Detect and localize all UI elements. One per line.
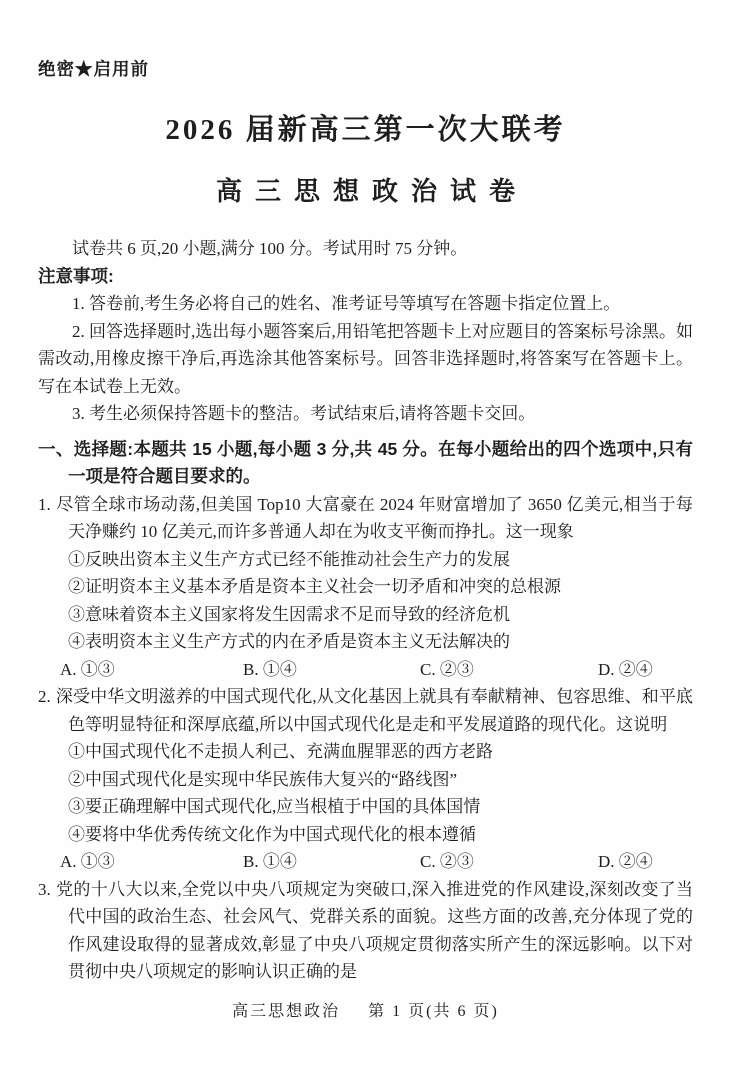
notice-item-3: 3. 考生必须保持答题卡的整洁。考试结束后,请将答题卡交回。 bbox=[38, 400, 693, 428]
question-1-statement-4: ④表明资本主义生产方式的内在矛盾是资本主义无法解决的 bbox=[38, 628, 693, 656]
classification-label: 绝密★启用前 bbox=[38, 0, 693, 81]
question-stem-text: 深受中华文明滋养的中国式现代化,从文化基因上就具有奉献精神、包容思维、和平底色等… bbox=[56, 687, 693, 734]
option-d: D. ②④ bbox=[598, 656, 653, 684]
question-2: 2.深受中华文明滋养的中国式现代化,从文化基因上就具有奉献精神、包容思维、和平底… bbox=[38, 683, 693, 876]
question-2-stem: 2.深受中华文明滋养的中国式现代化,从文化基因上就具有奉献精神、包容思维、和平底… bbox=[38, 683, 693, 738]
question-2-options: A. ①③ B. ①④ C. ②③ D. ②④ bbox=[38, 848, 693, 876]
question-number: 1. bbox=[38, 495, 51, 514]
option-c: C. ②③ bbox=[420, 848, 598, 876]
question-1-stem: 1.尽管全球市场动荡,但美国 Top10 大富豪在 2024 年财富增加了 36… bbox=[38, 491, 693, 546]
question-1-statement-2: ②证明资本主义基本矛盾是资本主义社会一切矛盾和冲突的总根源 bbox=[38, 573, 693, 601]
option-c: C. ②③ bbox=[420, 656, 598, 684]
page-footer: 高三思想政治第 1 页(共 6 页) bbox=[38, 998, 693, 1026]
question-1-options: A. ①③ B. ①④ C. ②③ D. ②④ bbox=[38, 656, 693, 684]
question-2-statement-1: ①中国式现代化不走损人利己、充满血腥罪恶的西方老路 bbox=[38, 738, 693, 766]
question-3-stem: 3.党的十八大以来,全党以中央八项规定为突破口,深入推进党的作风建设,深刻改变了… bbox=[38, 876, 693, 986]
question-1: 1.尽管全球市场动荡,但美国 Top10 大富豪在 2024 年财富增加了 36… bbox=[38, 491, 693, 684]
question-stem-text: 尽管全球市场动荡,但美国 Top10 大富豪在 2024 年财富增加了 3650… bbox=[56, 495, 693, 542]
question-stem-text: 党的十八大以来,全党以中央八项规定为突破口,深入推进党的作风建设,深刻改变了当代… bbox=[56, 880, 693, 982]
question-1-statement-1: ①反映出资本主义生产方式已经不能推动社会生产力的发展 bbox=[38, 546, 693, 574]
question-number: 3. bbox=[38, 880, 51, 899]
notice-item-2: 2. 回答选择题时,选出每小题答案后,用铅笔把答题卡上对应题目的答案标号涂黑。如… bbox=[38, 318, 693, 401]
exam-title: 2026 届新高三第一次大联考 bbox=[38, 107, 693, 148]
question-number: 2. bbox=[38, 687, 51, 706]
option-b: B. ①④ bbox=[243, 656, 420, 684]
question-2-statement-3: ③要正确理解中国式现代化,应当根植于中国的具体国情 bbox=[38, 793, 693, 821]
notice-item-1: 1. 答卷前,考生务必将自己的姓名、准考证号等填写在答题卡指定位置上。 bbox=[38, 290, 693, 318]
footer-page-number: 第 1 页(共 6 页) bbox=[368, 1003, 499, 1020]
section-heading-multiple-choice: 一、选择题:本题共 15 小题,每小题 3 分,共 45 分。在每小题给出的四个… bbox=[38, 436, 693, 491]
exam-info-line: 试卷共 6 页,20 小题,满分 100 分。考试用时 75 分钟。 bbox=[38, 235, 693, 263]
question-3: 3.党的十八大以来,全党以中央八项规定为突破口,深入推进党的作风建设,深刻改变了… bbox=[38, 876, 693, 986]
option-d: D. ②④ bbox=[598, 848, 653, 876]
paper-subject-title: 高三思想政治试卷 bbox=[38, 171, 693, 208]
question-2-statement-2: ②中国式现代化是实现中华民族伟大复兴的“路线图” bbox=[38, 766, 693, 794]
footer-course-name: 高三思想政治 bbox=[232, 1003, 340, 1020]
notice-heading: 注意事项: bbox=[38, 263, 693, 291]
exam-paper-page: 绝密★启用前 2026 届新高三第一次大联考 高三思想政治试卷 试卷共 6 页,… bbox=[0, 0, 729, 1078]
question-2-statement-4: ④要将中华优秀传统文化作为中国式现代化的根本遵循 bbox=[38, 821, 693, 849]
option-a: A. ①③ bbox=[60, 656, 243, 684]
option-b: B. ①④ bbox=[243, 848, 420, 876]
question-1-statement-3: ③意味着资本主义国家将发生因需求不足而导致的经济危机 bbox=[38, 601, 693, 629]
paper-body: 试卷共 6 页,20 小题,满分 100 分。考试用时 75 分钟。 注意事项:… bbox=[38, 235, 693, 1025]
option-a: A. ①③ bbox=[60, 848, 243, 876]
